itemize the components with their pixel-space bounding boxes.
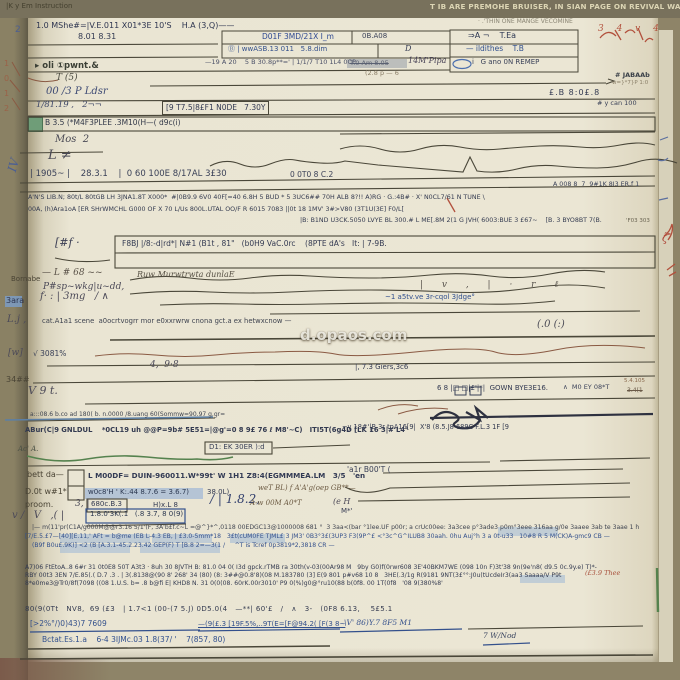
margin-label-zara: 3ara [6, 297, 24, 306]
para1-line2: 00A, (h)Ara1oA [ER SHrWMCHL G000 OF X 70… [28, 207, 404, 214]
para2-line3: (B9f B0u£.9K)] <2 (B [A.3.1-45.2.23.42 G… [32, 543, 335, 550]
para3-line2: RBY 00t3 3EN 7/E.85(.( D.7 .3 . | 3(.813… [25, 573, 561, 580]
form-row1: 1.0 MShe#=|V.E.011 X01*3E 10'S H.A (3,Q)… [36, 22, 234, 31]
gown-checkbox-row: 6 8 |□ □|£'|*| GOWN BYE3E16. [437, 385, 548, 393]
red-check-note: 3 4 v 4 [598, 25, 664, 35]
topbox-cell-r2c2: D [405, 45, 411, 54]
eb-amount: £.B 8:0£.8 [549, 89, 600, 98]
box1-title: F8BJ |/8:-d|rd*| N#1 (B1t , 81" (b0H9 Va… [122, 240, 387, 248]
table-row3-right: M*' [341, 508, 352, 516]
margin-label-34: 34## [6, 376, 30, 385]
check-order-box: D1: EK 30ER ):d [209, 444, 265, 452]
jabaab-subnote: w=}*7}P 1:0 [612, 80, 648, 86]
para2-line2: [7/E.5.£7—[40][E.11,' AFt = b@me (EB L-4… [25, 534, 610, 541]
row6-right: A 008 8 7 9#1K 8I3 ER,f 1 [553, 182, 639, 189]
row3-left-text: —19 A 20 5 B 30.8p**=' | 1/1/7 T10 1L4 0… [205, 59, 356, 66]
note-above-box: · .'THIN ONE MANGE VECOMINE [478, 19, 573, 26]
abur-row-right: ~y 18#'|B 3r tpA16[9| X'8 (8.5.J8 689C F… [342, 424, 509, 431]
topbox-cell-r1c3: ⇒A ¬ T.Ea [468, 32, 516, 41]
table-row1-text: L M00DF= DUIN-960011.W*99t' W 1H1 Z8:4(E… [88, 472, 365, 480]
row3-handwriting: 14M'Pipa [408, 57, 446, 66]
blue-ink-note: ~1 a5tv.ve 3r-cqol 3Jdge° [385, 294, 475, 302]
topbox-cell-r1c2: 0B.A08 [362, 33, 387, 41]
table-label-2: D.0t w#1* [25, 488, 67, 497]
l-handmark: L ≠ [48, 149, 72, 163]
footer-line1: 80(9(0Tt NV8, 69 (£3 | 1.7<1 (00-(7 5.J)… [25, 606, 393, 614]
money-note: ∧ M0 EY 08*T [563, 384, 609, 391]
row6-mid: 0 0T0 8 C.2 [290, 171, 333, 179]
paren-handmark: (.0 (:) [537, 319, 565, 330]
hw-line3: f· : | 3mg / ∧ [40, 291, 109, 302]
para1-line3: |B: B1ND U3CK.5050 LVYE BL 300.# L ME[.8… [300, 218, 602, 225]
footer-line2-right: —(9(£.3 [19F.5%,..9T(E=[F@94.2( [F(3 8~ [198, 621, 345, 629]
hw-tiny-print: cat.A1a1 scene a0ocrtvogrr mor e0xxrwrw … [42, 318, 291, 325]
form-row2-value: 8.01 8.31 [78, 33, 116, 42]
tiny-underlined-note: a:::08.6 b.co ad 180( b. n.0000 /8.uang … [30, 412, 225, 419]
para1-line1: A'N'S LIB.N; 80t/L 80tGB LH 3JNA1.8T X00… [28, 195, 485, 202]
signature-2: 7 W/Nod [483, 632, 516, 640]
row3-struck-text: T.0 Am 8.05 [350, 60, 389, 67]
table-label-1: bett da— [27, 471, 64, 480]
table-row4-pre: v / V ,( | [12, 510, 64, 521]
header-left-note: |K y Em Instruction [6, 3, 72, 11]
margin-mark-lj: L.j , [7, 314, 26, 325]
margin-right-tiny: 'F03 303 [626, 218, 650, 224]
topbox-cell-r2c3: — ildithes T.B [466, 45, 524, 53]
green-row-text: B 3.5 (*M4F3PLEE .3M10(H—( d9c(i) [45, 119, 181, 127]
para2-line1: |— m(11'pr(C1A/g000M@@r3.16 5/1'(F, 3A'b… [32, 525, 639, 532]
hand-98: 4, 9·8 [150, 361, 179, 371]
row6-left: | 1905~ | 28.3.1 | 0 60 100E 8/17AL 3£30 [30, 170, 227, 179]
para3-line3: 8*e0me3@Tr0/8f(7098 ((08 1.U.S. b= .8 b@… [25, 581, 443, 588]
margin-label-bornabe: Bornabe [11, 276, 40, 284]
topbox-cell-r1c1: D01F 3MD/21X I_m [262, 33, 334, 41]
topbox-cell-r3c3: i G ano 0N REMEP [472, 59, 539, 67]
table-row3-d: (e H [333, 498, 350, 507]
giers-note: |, 7.3 Giers,3c6 [355, 364, 408, 372]
watermark: d.opaos.com [300, 327, 407, 344]
table-row3-box-value: 680c.B.3 [91, 501, 122, 509]
v9-handwriting: V 9 t. [28, 385, 58, 397]
node-box: [9 T7.5|8£F1 N0DE 7.30Y [162, 101, 269, 115]
footer-line3: Bctat.Es.1.a 6-4 3IJMc.03 1.8(37/ ' 7(85… [42, 636, 225, 644]
table-row4-boxed-blue: 1.8.0'3K(.1 (.8 3.7, 8 0(9) [90, 511, 183, 519]
footer-line2: [>2%°/)0)43)7 7609 [30, 620, 107, 628]
table-row3-hand-pre: 3, | [75, 500, 89, 510]
table-row3-b: H)x.L 8 [153, 502, 178, 510]
date-handwriting: 1/81.19 , 2¬¬ [36, 101, 102, 110]
code-3081: √ 3081% [33, 350, 66, 358]
jabaab-note: # JABAAb [615, 72, 650, 79]
money-sub2: 3.4(1 [627, 388, 643, 395]
row3-sub-note: (2.8 p — 6 [365, 70, 399, 77]
para3-line1: A7)06 FtEtoA..8 6#r 31 0t0E8 50T A3t3 · … [25, 565, 597, 572]
hw-line1b: Ruw Murwtrwta dunlaE [137, 271, 235, 280]
mos-handwriting: Mos 2 [55, 134, 89, 145]
margin-green-note: Ac' A. [18, 446, 38, 454]
para3-red-note: (£3.9 Thee [585, 570, 620, 577]
scanned-form-page: |K y Em Instruction T IB ARE PREMOHE BRU… [0, 0, 680, 680]
topbox-cell-r2c1: Ⓑ | wwASB.13 011 5.8.dim [228, 46, 327, 54]
margin-mark-w: [w] [8, 349, 23, 359]
table-row2-c: weT BL) f A'A'g(oep GB**— [258, 485, 356, 493]
table-row3-c: A-w 00M A0*T [250, 500, 302, 508]
money-sub1: 5.4.105 [624, 378, 645, 384]
margin-digit-column: 1 0 1 2 [4, 56, 9, 116]
hw-line1a: — L # 68 ~~ [42, 269, 103, 279]
oli-handmark: T (5) [56, 74, 78, 84]
table-label-3: proom. [25, 501, 53, 510]
table-row1-right: 'a1r B00'T ( [347, 466, 391, 474]
can100-note: # y can 100 [597, 100, 637, 107]
oli-label: ▸ oli ①pwnt.& [35, 62, 99, 71]
handwritten-amount: 00 /3 P Ldsr [46, 86, 108, 97]
hw-tick-marks: | v , | · r ℓ [420, 281, 566, 291]
margin-blue-numeral: 2 [15, 26, 21, 36]
signature-1: \V' 86)Y.7 8F5 M1 [344, 619, 412, 627]
box1-left-mark: [#f · [55, 237, 80, 249]
page-title: T IB ARE PREMOHE BRUISER, IN SIAN PAGE O… [430, 3, 680, 11]
table-row2-highlighted: w0c8'H ' K:.44 8.7.6 = 3.6.7) [88, 489, 189, 497]
